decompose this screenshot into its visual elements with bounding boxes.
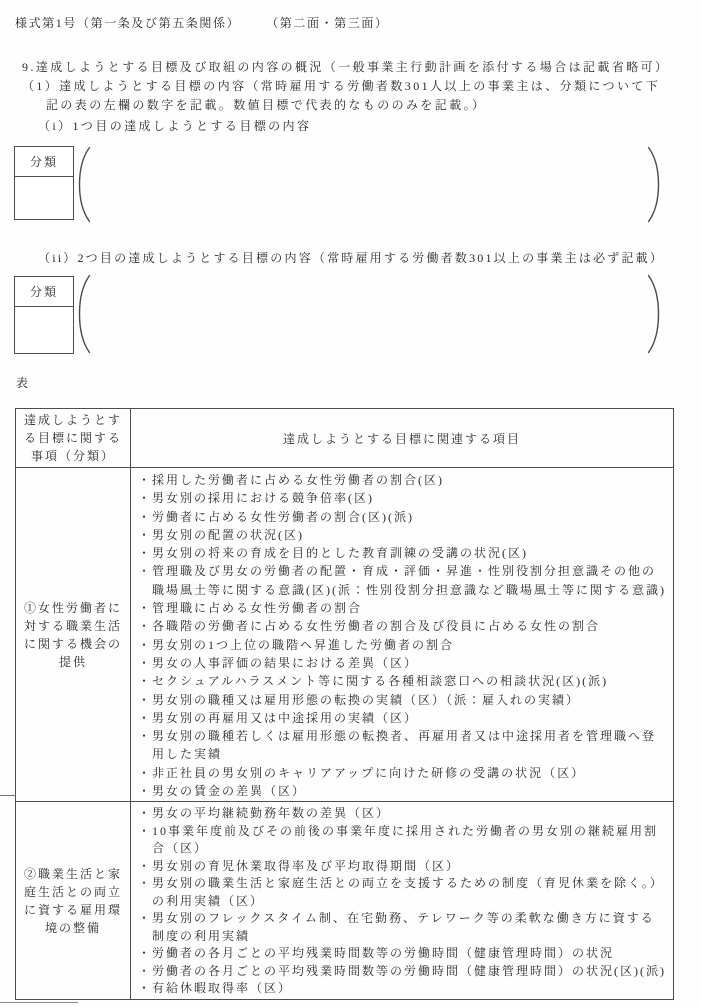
goal1-close-paren-icon (646, 146, 662, 223)
goal1-heading: （i）1つ目の達成しようとする目標の内容 (38, 117, 311, 134)
table-header-row: 達成しようとする目標に関する事項（分類） 達成しようとする目標に関連する項目 (16, 409, 674, 468)
related-item: ・男女別のフレックスタイム制、在宅勤務、テレワーク等の柔軟な働き方に資する制度の… (138, 910, 667, 945)
related-item: ・管理職に占める女性労働者の割合 (138, 599, 667, 617)
related-item: ・労働者の各月ごとの平均残業時間数等の労働時間（健康管理時間）の状況 (138, 945, 667, 963)
category-column-header: 達成しようとする目標に関する事項（分類） (16, 409, 131, 468)
header-spacer (240, 14, 266, 31)
related-item: ・男女の平均継続勤務年数の差異（区） (138, 805, 667, 823)
related-item: ・労働者の各月ごとの平均残業時間数等の労働時間（健康管理時間）の状況(区)(派) (138, 963, 667, 981)
goal1-open-paren-icon (76, 146, 92, 223)
related-item: ・採用した労働者に占める女性労働者の割合(区) (138, 471, 667, 489)
classification-box-2: 分類 (14, 276, 74, 354)
related-item: ・男女別の職種又は雇用形態の転換の実績（区）（派：雇入れの実績） (138, 691, 667, 709)
classification-box-1: 分類 (14, 146, 74, 220)
goal2-open-paren-icon (76, 274, 92, 354)
related-item: ・男女別の育児休業取得率及び平均取得期間（区） (138, 858, 667, 876)
goal2-heading: （ii）2つ目の達成しようとする目標の内容（常時雇用する労働者数301以上の事業… (38, 249, 664, 266)
related-item: ・セクシュアルハラスメント等に関する各種相談窓口への相談状況(区)(派) (138, 672, 667, 690)
related-item: ・男女別の採用における競争倍率(区) (138, 489, 667, 507)
section9-note-line1: （1）達成しようとする目標の内容（常時雇用する労働者数301人以上の事業主は、分… (22, 77, 660, 94)
table-label: 表 (16, 374, 30, 391)
related-item: ・男女別の1つ上位の職階へ昇進した労働者の割合 (138, 636, 667, 654)
related-item: ・有給休暇取得率（区） (138, 980, 667, 998)
form-number: 様式第1号（第一条及び第五条関係） (15, 14, 240, 31)
items-cell-1: ・採用した労働者に占める女性労働者の割合(区) ・男女別の採用における競争倍率(… (131, 468, 674, 802)
goal2-close-paren-icon (646, 274, 662, 354)
section9-note-line2: 記の表の左欄の数字を記載。数値目標で代表的なもののみを記載。） (46, 96, 486, 113)
form-header: 様式第1号（第一条及び第五条関係） （第二面・第三面） (15, 14, 389, 31)
related-item: ・各職階の労働者に占める女性労働者の割合及び役員に占める女性の割合 (138, 617, 667, 635)
related-item: ・非正社員の男女別のキャリアアップに向けた研修の受講の状況（区） (138, 764, 667, 782)
items-cell-2: ・男女の平均継続勤務年数の差異（区） ・10事業年度前及びその前後の事業年度に採… (131, 802, 674, 1000)
related-item: ・10事業年度前及びその前後の事業年度に採用された労働者の男女別の継続雇用割合（… (138, 823, 667, 858)
category-cell-1: ①女性労働者に対する職業生活に関する機会の提供 (16, 468, 131, 802)
related-item: ・男女別の再雇用又は中途採用の実績（区） (138, 709, 667, 727)
classification-label-1: 分類 (15, 147, 73, 177)
related-item: ・男女別の配置の状況(区) (138, 526, 667, 544)
section9-title: 9.達成しようとする目標及び取組の内容の概況（一般事業主行動計画を添付する場合は… (22, 58, 669, 75)
related-item: ・男女別の職種若しくは雇用形態の転換者、再雇用者又は中途採用者を管理職へ登用した… (138, 727, 667, 764)
related-items-list-1: ・採用した労働者に占める女性労働者の割合(区) ・男女別の採用における競争倍率(… (138, 471, 667, 800)
related-item: ・労働者に占める女性労働者の割合(区)(派) (138, 508, 667, 526)
goals-reference-table: 達成しようとする目標に関する事項（分類） 達成しようとする目標に関連する項目 ①… (15, 408, 674, 1000)
scan-artifact-line (0, 795, 16, 796)
classification-label-2: 分類 (15, 277, 73, 307)
related-item: ・男女別の職業生活と家庭生活との両立を支援するための制度（育児休業を除く。）の利… (138, 875, 667, 910)
category-cell-2: ②職業生活と家庭生活との両立に資する雇用環境の整備 (16, 802, 131, 1000)
related-item: ・男女の人事評価の結果における差異（区） (138, 654, 667, 672)
table-row: ①女性労働者に対する職業生活に関する機会の提供 ・採用した労働者に占める女性労働… (16, 468, 674, 802)
items-column-header: 達成しようとする目標に関連する項目 (131, 409, 674, 468)
page-ref: （第二面・第三面） (266, 14, 388, 31)
table-row: ②職業生活と家庭生活との両立に資する雇用環境の整備 ・男女の平均継続勤務年数の差… (16, 802, 674, 1000)
scanned-form-page: 様式第1号（第一条及び第五条関係） （第二面・第三面） 9.達成しようとする目標… (0, 0, 702, 1007)
related-item: ・男女別の将来の育成を目的とした教育訓練の受講の状況(区) (138, 544, 667, 562)
related-items-list-2: ・男女の平均継続勤務年数の差異（区） ・10事業年度前及びその前後の事業年度に採… (138, 805, 667, 998)
scan-artifact-line (0, 1002, 78, 1003)
related-item: ・管理職及び男女の労働者の配置・育成・評価・昇進・性別役割分担意識その他の職場風… (138, 562, 667, 599)
related-item: ・男女の賃金の差異（区） (138, 782, 667, 800)
